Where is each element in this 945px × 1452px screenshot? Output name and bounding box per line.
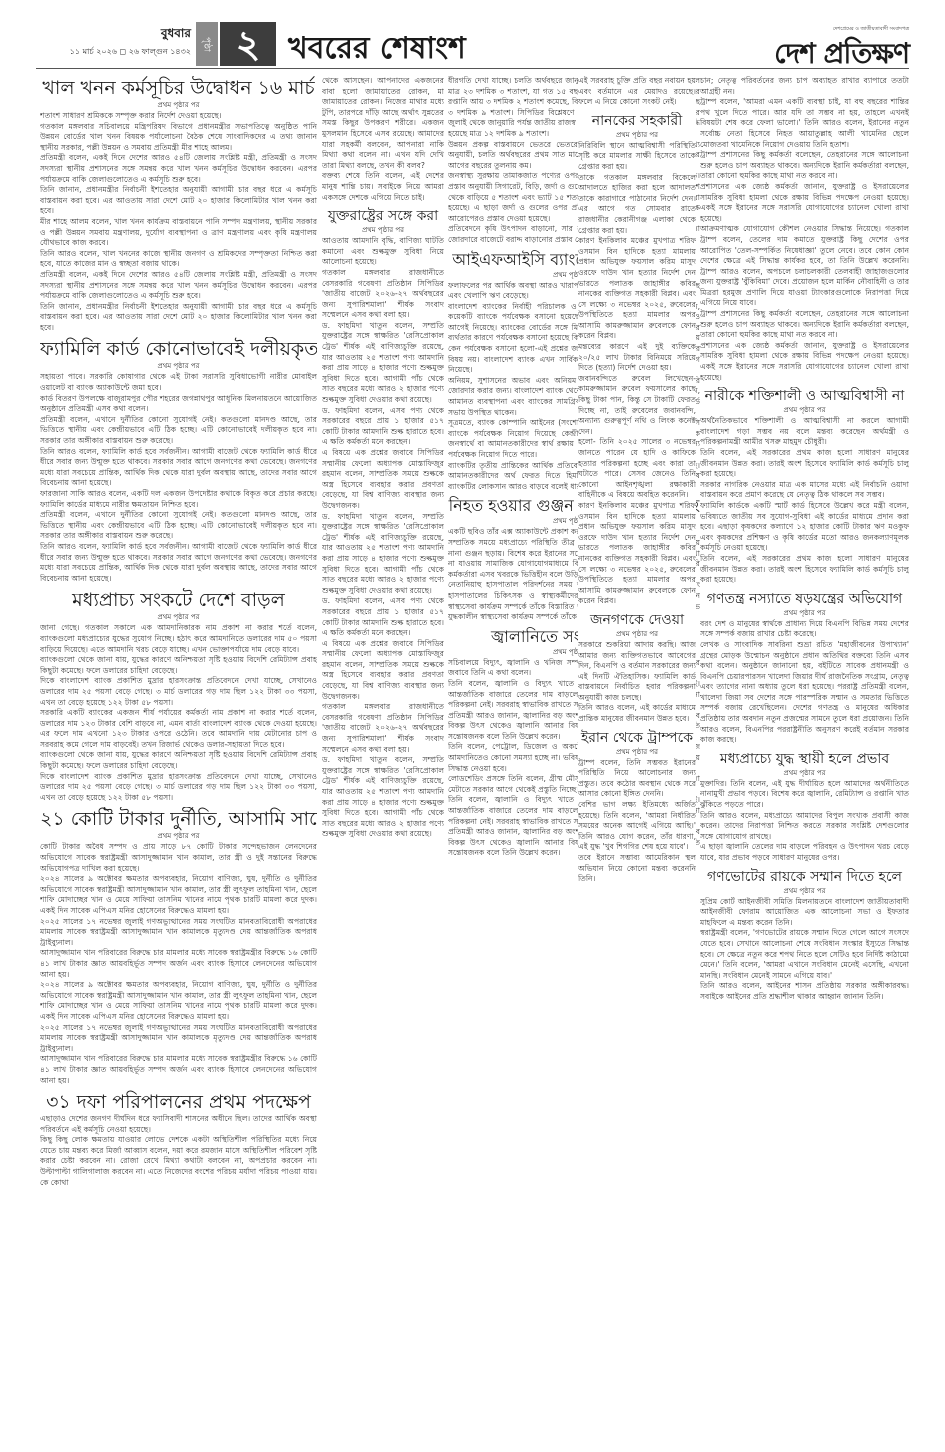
paragraph: স্বরাষ্ট্রমন্ত্রী বলেন, 'গণভোটের রায়কে …	[700, 928, 909, 981]
paragraph: তাকে গতকাল মঙ্গলবার বিকেলে আদালতে হাজির …	[578, 173, 696, 237]
article-31-point-plan: ৩১ দফা পরিপালনের প্রথম পদক্ষেপ এছাড়াও দ…	[40, 1090, 317, 1188]
paragraph: কারণ ইনকিলাব মঞ্চের মুখপাত্র শরিফ ওসমান …	[578, 236, 696, 342]
headline: মধ্যপ্রাচ্যে যুদ্ধ স্থায়ী হলে প্রভাব	[700, 750, 909, 768]
paragraph: লেখক ও সাংবাদিক সাবরিনা শুভ্রা রচিত 'মহা…	[700, 640, 909, 746]
headline: ফ্যামিলি কার্ড কোনোভাবেই দলীয়কৃত	[40, 337, 317, 361]
continued-from: প্রথম পৃষ্ঠার পর	[700, 608, 909, 618]
paragraph: তিনি আরও বলেন, খাল খননের কাজে স্থানীয় জ…	[40, 249, 317, 270]
page-number: ২	[220, 22, 276, 66]
paragraph: আওতায় আমদানি বৃদ্ধি, বাণিজ্য ঘাটতি কমান…	[322, 236, 444, 268]
paragraph: শতাংশ সাধারণ শ্রমিককে সম্পৃক্ত করার নির্…	[40, 111, 317, 122]
paragraph: তবে ইরানে সম্ভাব্য আমেরিকান স্থল অভিযান …	[578, 853, 696, 885]
paragraph: জবানবন্দিতে রুবেল লিখেছেন- কামরুজ্জামান …	[578, 374, 696, 438]
paragraph: জানা গেছে। গতকাল সকালে এক আমদানিকারক নাম…	[40, 623, 317, 655]
continued-from: প্রথম পৃষ্ঠার পর	[322, 225, 444, 235]
headline: গণভোটের রায়কে সম্মান দিতে হলে	[700, 868, 909, 886]
continued-from: প্রথম পৃষ্ঠার পর	[578, 130, 696, 140]
headline: যুক্তরাষ্ট্রের সঙ্গে করা	[322, 207, 444, 225]
continued-from: প্রথম পৃষ্ঠার পর	[700, 886, 909, 896]
article-middle-east-war: মধ্যপ্রাচ্যে যুদ্ধ স্থায়ী হলে প্রভাব প্…	[700, 750, 909, 864]
paragraph: ২০২৪ সালের ৯ অক্টোবর ক্ষমতার অপব্যবহার, …	[40, 980, 317, 1022]
column-5: এই সরবরাহ চুক্তি প্রতি বছর নবায়ন হয় এব…	[578, 76, 696, 1376]
paragraph: সরকার নাগরিক নেওয়ার মাত্র এক মাসের মধ্য…	[700, 480, 909, 501]
paragraph: সুপ্রিম কোর্ট আইনজীবী সমিতি মিলনায়তনে ব…	[700, 897, 909, 929]
paragraph: এ বিষয়ে এক প্রশ্নের জবাবে সিপিডির সম্মা…	[322, 639, 444, 703]
paragraph: হলো- তিনি ২০২৫ সালের ৩ নভেম্বর জানতে পার…	[578, 437, 696, 501]
paragraph: ২০২৪ সালের ৯ অক্টোবর ক্ষমতার অপব্যবহার, …	[40, 874, 317, 916]
paragraph: প্রতিমন্ত্রী বলেন, এখানে দুর্নীতির কোনো …	[40, 510, 317, 542]
paragraph: ড. ফাহমিদা বলেন, এসব পণ্য থেকে সরকারের ব…	[322, 406, 444, 448]
paragraph: এ ছাড়া জ্বালানি তেলের দাম বাড়লে পরিবহন…	[700, 842, 909, 863]
paragraph: চান; নেতৃত্ব পরিবর্তনের জন্য চাপ অব্যাহত…	[700, 76, 909, 97]
continued-from: প্রথম পৃষ্ঠার পর	[578, 629, 696, 639]
paragraph: ২০২৫ সালের ১৭ নভেম্বর জুলাই গণঅভ্যুত্থান…	[40, 917, 317, 949]
headline: খাল খনন কর্মসূচির উদ্বোধন ১৬ মার্চ	[40, 76, 317, 100]
paragraph: ড. ফাহমিদা খাতুন বলেন, সম্প্রতি যুক্তরাষ…	[322, 512, 444, 597]
headline: ৩১ দফা পরিপালনের প্রথম পদক্ষেপ	[40, 1090, 317, 1114]
paragraph: ব্যাংকগুলো থেকে জানা যায়, যুদ্ধের কারণে…	[40, 750, 317, 771]
headline: নারীকে শক্তিশালী ও আত্মবিশ্বাসী না	[700, 387, 909, 405]
paragraph: কারণ ইনকিলাব মঞ্চের মুখপাত্র শরিফ ওসমান …	[578, 501, 696, 607]
article-middle-east-crisis: মধ্যপ্রাচ্য সংকটে দেশে বাড়ল প্রথম পৃষ্ঠ…	[40, 588, 317, 803]
paragraph: নিরিবিলি স্থানে আত্মবিশ্বাসী পরিস্থিতি স…	[578, 141, 696, 173]
paragraph: তিনি বলেন, এই সরকারের প্রথম কাজ হলো সাধা…	[700, 448, 909, 480]
article-democracy-conspiracy: গণতন্ত্র নস্যাতে ষড়যন্ত্রের অভিযোগ প্রথ…	[700, 590, 909, 746]
paragraph: বেশির ভাগ লক্ষ্য ইতিমধ্যে অর্জিত হয়েছে।…	[578, 800, 696, 853]
column-left: খাল খনন কর্মসূচির উদ্বোধন ১৬ মার্চ প্রথম…	[40, 76, 317, 1376]
issue-date: ১১ মার্চ ২০২৬ ◻ ২৬ ফাল্গুন ১৪৩২	[70, 46, 191, 59]
paragraph: ব্যাংকগুলো থেকে জানা যায়, যুদ্ধের কারণে…	[40, 655, 317, 676]
paragraph: কার্ড বিতরণ উপলক্ষে বাজুরামপুর পৌর শহরের…	[40, 394, 317, 415]
paragraph: ফারজানা সাকি আরও বলেন, একটি দল একজন উপদে…	[40, 489, 317, 510]
paragraph: তিনি আরও বলেন, এই কার্ডের মাধ্যমে প্রান্…	[578, 703, 696, 724]
paragraph: প্রতিমন্ত্রী বলেন, এখানে দুর্নীতির কোনো …	[40, 415, 317, 447]
continued-from: প্রথম পৃষ্ঠার পর	[40, 831, 317, 841]
paragraph: আসাদুজ্জামান খান পরিবারের বিরুদ্ধে চার ম…	[40, 1054, 317, 1086]
paragraph: তিনি বলেন, এই সরকারের প্রথম কাজ হলো সাধা…	[700, 554, 909, 586]
paragraph: আসাদুজ্জামান খান পরিবারের বিরুদ্ধে চার ম…	[40, 948, 317, 980]
paragraph: দিকে বাংলাদেশ ব্যাংক প্রকাশিত মুদ্রার হা…	[40, 676, 317, 708]
headline: ইরান থেকে ট্রাম্পকে	[578, 729, 696, 747]
paragraph: ট্রাম্প বলেন, তিনি সম্ভবত ইরানের পরিস্থি…	[578, 758, 696, 800]
paragraph: প্রশাসনের এক জ্যেষ্ঠ কর্মকর্তা জানান, যু…	[700, 182, 909, 224]
paragraph: ট্রাম্প প্রশাসনের কিছু কর্মকর্তা বলেছেন,…	[700, 309, 909, 341]
paragraph: অর্থনৈতিকভাবে শক্তিশালী ও আত্মবিশ্বাসী ন…	[700, 416, 909, 448]
article-with-us: যুক্তরাষ্ট্রের সঙ্গে করা প্রথম পৃষ্ঠার প…	[322, 207, 444, 840]
article-corruption-case: ২১ কোটি টাকার দুর্নীতি, আসামি সাবেক প্রথ…	[40, 807, 317, 1086]
article-canal-digging: খাল খনন কর্মসূচির উদ্বোধন ১৬ মার্চ প্রথম…	[40, 76, 317, 333]
paragraph: এছাড়াও দেশের জনগণ দীর্ঘদিন ধরে ফ্যাসিবা…	[40, 1114, 317, 1135]
paragraph: ট্রাম্প বলেন, 'আমরা এমন একটি ব্যবস্থা চা…	[700, 97, 909, 150]
column-right: চান; নেতৃত্ব পরিবর্তনের জন্য চাপ অব্যাহত…	[700, 76, 909, 1376]
continued-from: প্রথম পৃষ্ঠার পর	[40, 361, 317, 371]
continued-from: প্রথম পৃষ্ঠার পর	[700, 405, 909, 415]
paragraph: কিছু কিছু লোক ক্ষমতায় যাওয়ার লোভে দেশক…	[40, 1135, 317, 1188]
headline: মধ্যপ্রাচ্য সংকটে দেশে বাড়ল	[40, 588, 317, 612]
paragraph: বরং দেশ ও মানুষের স্বার্থকে প্রাধান্য দি…	[700, 619, 909, 640]
continued-from: প্রথম পৃষ্ঠার পর	[40, 612, 317, 622]
paragraph: প্রতিমন্ত্রী বলেন, একই দিনে দেশের আরও ৫৪…	[40, 153, 317, 185]
paragraph: গতকাল মঙ্গলবার সচিবালয়ে মন্ত্রিপরিষদ বি…	[40, 122, 317, 154]
article-to-the-people: জনগণকে দেওয়া প্রথম পৃষ্ঠার পর সরকারে শু…	[578, 611, 696, 725]
paragraph: তিনি আরও বলেন, ফ্যামিলি কার্ড হবে সর্বজন…	[40, 542, 317, 584]
masthead: বুধবার ১১ মার্চ ২০২৬ ◻ ২৬ ফাল্গুন ১৪৩২ প…	[36, 22, 909, 70]
paragraph: ড. ফাহমিদা খাতুন বলেন, সম্প্রতি যুক্তরাষ…	[322, 321, 444, 406]
paragraph: ট্রাম্প প্রশাসনের কিছু কর্মকর্তা বলেছেন,…	[700, 150, 909, 182]
headline: ২১ কোটি টাকার দুর্নীতি, আসামি সাবেক	[40, 807, 317, 831]
paragraph: মীর শাহে আলম বলেন, খাল খনন কার্যক্রম বাস…	[40, 217, 317, 249]
newspaper-page: বুধবার ১১ মার্চ ২০২৬ ◻ ২৬ ফাল্গুন ১৪৩২ প…	[0, 0, 945, 1452]
article-trump-iran: ইরান থেকে ট্রাম্পকে প্রথম পৃষ্ঠার পর ট্র…	[578, 729, 696, 885]
paragraph: আক্রমণাত্মক যোগাযোগ কৌশল নেওয়ার সিদ্ধান…	[700, 224, 909, 309]
column-2: থেকে আসছেন। আপনাদের একজনের বাবা হলো জামা…	[322, 76, 444, 1376]
paragraph: এ বিষয়ে এক প্রশ্নের জবাবে সিপিডির সম্মা…	[322, 448, 444, 512]
paragraph: থেকে আসছেন। আপনাদের একজনের বাবা হলো জামা…	[322, 76, 444, 171]
headline: জনগণকে দেওয়া	[578, 611, 696, 629]
paragraph: সরকারে শুকরিয়া আদায় করছি। আজ আমার জন্য…	[578, 640, 696, 704]
paragraph: তিনি আরও বলেন, ফ্যামিলি কার্ড হবে সর্বজন…	[40, 447, 317, 489]
paragraph: তিনি আরও বলেন, মধ্যপ্রাচ্যে আমাদের বিপুল…	[700, 811, 909, 843]
paragraph: গতকাল মঙ্গলবার রাজধানীতে বেসরকারি গবেষণা…	[322, 702, 444, 755]
paragraph: গতকাল মঙ্গলবার রাজধানীতে বেসরকারি গবেষণা…	[322, 268, 444, 321]
paragraph: তিনি আরও বলেন, আইনের শাসন প্রতিষ্ঠায় সর…	[700, 981, 909, 1002]
newspaper-logo: দেশ প্রতিক্ষণ	[774, 32, 909, 79]
continued-from: প্রথম পৃষ্ঠার পর	[40, 100, 317, 110]
paragraph: ড. ফাহমিদা খাতুন বলেন, সম্প্রতি যুক্তরাষ…	[322, 755, 444, 840]
masthead-rule	[36, 68, 909, 69]
paragraph: মুক্তাদির। তিনি বলেন, এই যুদ্ধ দীর্ঘায়ি…	[700, 779, 909, 811]
paragraph: সহায়তা পাবে। সরকারি কোষাগার থেকে এই টাক…	[40, 372, 317, 393]
paragraph: তিনি জানান, প্রধানমন্ত্রীর নির্বাচনী ইশত…	[40, 185, 317, 217]
paragraph: প্রতিমন্ত্রী বলেন, একই দিনে দেশের আরও ৫৪…	[40, 270, 317, 302]
paragraph: তিনি জানান, প্রধানমন্ত্রীর নির্বাচনী ইশত…	[40, 302, 317, 334]
day-of-week: বুধবার	[161, 25, 191, 45]
continued-from: প্রথম পৃষ্ঠার পর	[700, 768, 909, 778]
continued-from: প্রথম পৃষ্ঠার পর	[578, 747, 696, 757]
paragraph: ২০২৫ সালের ১৭ নভেম্বর জুলাই গণঅভ্যুত্থান…	[40, 1023, 317, 1055]
paragraph: বক্তব্য শেষে তিনি বলেন, এই দেশের মানুষ শ…	[322, 171, 444, 203]
headline: নানকের সহকারী	[578, 112, 696, 130]
paragraph: সরকারি একটি ব্যাংকের একজন শীর্ষ পর্যায়ে…	[40, 708, 317, 750]
paragraph: দিকে বাংলাদেশ ব্যাংক প্রকাশিত মুদ্রার হা…	[40, 772, 317, 804]
paragraph: কোটি টাকার অবৈধ সম্পদ ও প্রায় সাড়ে ৮৭ …	[40, 842, 317, 874]
paragraph: মন্তব্যের কারণে এই দুই ব্যক্তিকে ২০/২৫ ল…	[578, 342, 696, 374]
paragraph: ড. ফাহমিদা বলেন, এসব পণ্য থেকে সরকারের ব…	[322, 596, 444, 638]
article-nanak-aide: নানকের সহকারী প্রথম পৃষ্ঠার পর নিরিবিলি …	[578, 112, 696, 607]
article-referendum-respect: গণভোটের রায়কে সম্মান দিতে হলে প্রথম পৃষ…	[700, 868, 909, 1003]
article-powerful-self-reliant: নারীকে শক্তিশালী ও আত্মবিশ্বাসী না প্রথম…	[700, 387, 909, 586]
paragraph: ফ্যামিলি কার্ডকে একটি স্মার্ট কার্ড হিসে…	[700, 501, 909, 554]
headline: গণতন্ত্র নস্যাতে ষড়যন্ত্রের অভিযোগ	[700, 590, 909, 608]
article-family-card: ফ্যামিলি কার্ড কোনোভাবেই দলীয়কৃত প্রথম …	[40, 337, 317, 584]
paragraph: প্রশাসনের এক জ্যেষ্ঠ কর্মকর্তা জানান, যু…	[700, 341, 909, 383]
page-label: পৃষ্ঠা	[196, 22, 218, 66]
paragraph: এই সরবরাহ চুক্তি প্রতি বছর নবায়ন হয় এব…	[578, 76, 696, 108]
